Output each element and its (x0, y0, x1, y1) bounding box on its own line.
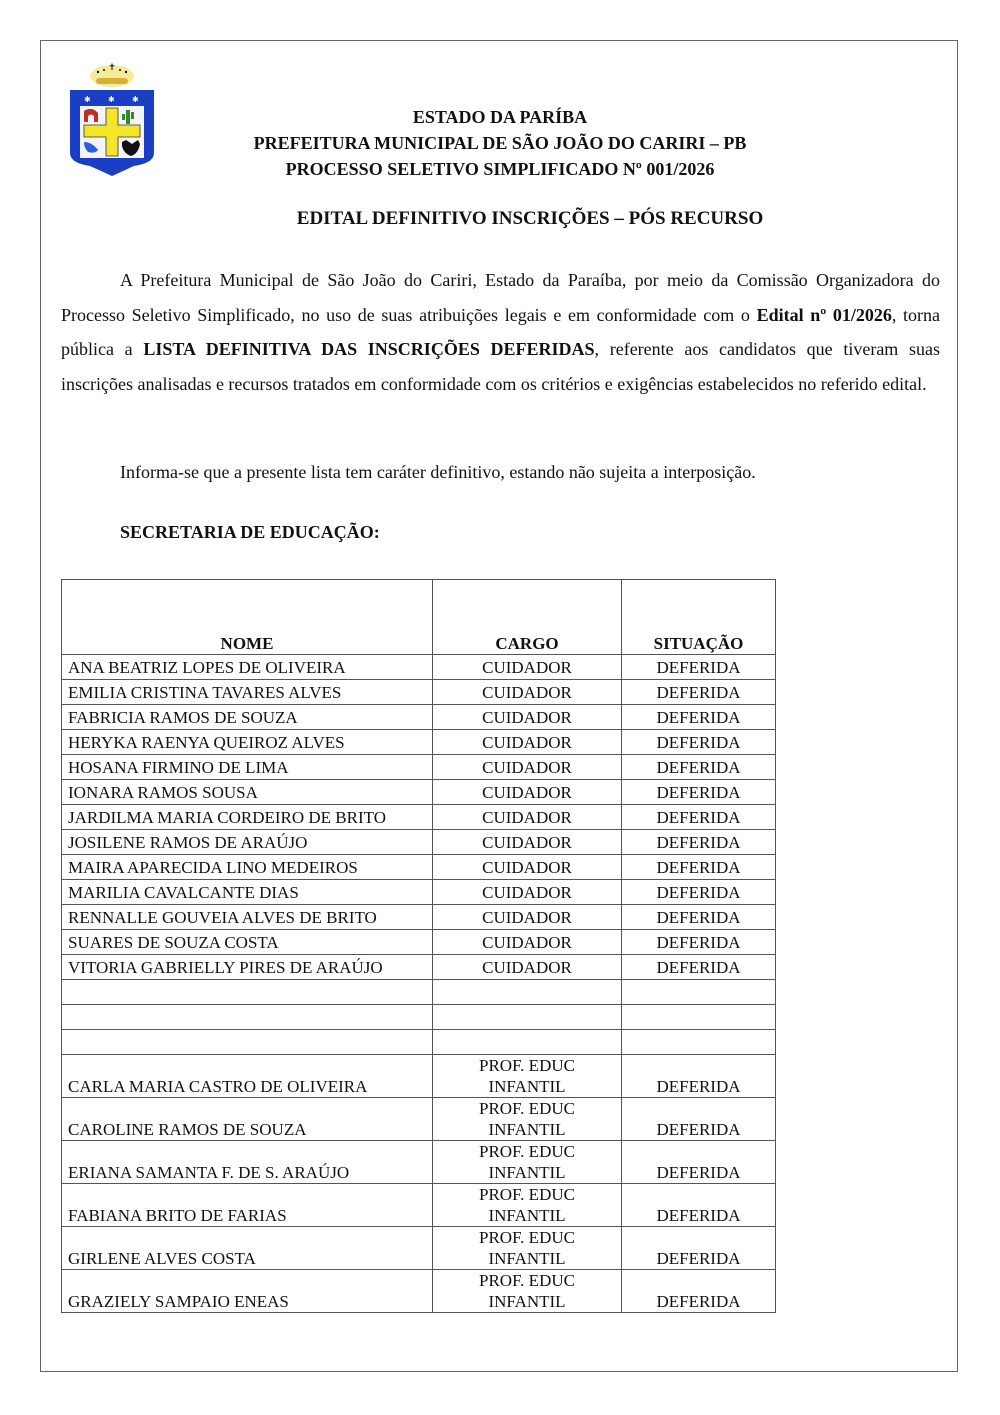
table-row (62, 1005, 776, 1030)
cell-situacao: DEFERIDA (622, 1184, 776, 1227)
cell-cargo: CUIDADOR (433, 855, 622, 880)
cell-cargo: PROF. EDUCINFANTIL (433, 1184, 622, 1227)
column-header-nome: NOME (62, 580, 433, 655)
intro-paragraph: A Prefeitura Municipal de São João do Ca… (61, 263, 940, 401)
cell-cargo: PROF. EDUCINFANTIL (433, 1227, 622, 1270)
cell-cargo: CUIDADOR (433, 880, 622, 905)
cell-situacao: DEFERIDA (622, 1098, 776, 1141)
table-row: CARLA MARIA CASTRO DE OLIVEIRAPROF. EDUC… (62, 1055, 776, 1098)
candidates-table: NOME CARGO SITUAÇÃO ANA BEATRIZ LOPES DE… (61, 579, 776, 1313)
table-row: JOSILENE RAMOS DE ARAÚJOCUIDADORDEFERIDA (62, 830, 776, 855)
cell-nome: MARILIA CAVALCANTE DIAS (62, 880, 433, 905)
cell-situacao: DEFERIDA (622, 705, 776, 730)
cell-nome (62, 1005, 433, 1030)
cell-cargo: CUIDADOR (433, 780, 622, 805)
cell-cargo: PROF. EDUCINFANTIL (433, 1141, 622, 1184)
cell-situacao: DEFERIDA (622, 855, 776, 880)
cell-cargo (433, 1005, 622, 1030)
cell-situacao: DEFERIDA (622, 1270, 776, 1313)
cell-nome: MAIRA APARECIDA LINO MEDEIROS (62, 855, 433, 880)
header-processo-seletivo: PROCESSO SELETIVO SIMPLIFICADO Nº 001/20… (0, 159, 1000, 180)
header-prefeitura: PREFEITURA MUNICIPAL DE SÃO JOÃO DO CARI… (0, 133, 1000, 154)
cell-situacao (622, 1030, 776, 1055)
cell-nome: VITORIA GABRIELLY PIRES DE ARAÚJO (62, 955, 433, 980)
table-row: IONARA RAMOS SOUSACUIDADORDEFERIDA (62, 780, 776, 805)
cell-situacao: DEFERIDA (622, 780, 776, 805)
table-row: GRAZIELY SAMPAIO ENEASPROF. EDUCINFANTIL… (62, 1270, 776, 1313)
cell-nome: CARLA MARIA CASTRO DE OLIVEIRA (62, 1055, 433, 1098)
table-row (62, 980, 776, 1005)
cell-cargo: CUIDADOR (433, 905, 622, 930)
table-row: VITORIA GABRIELLY PIRES DE ARAÚJOCUIDADO… (62, 955, 776, 980)
table-row: JARDILMA MARIA CORDEIRO DE BRITOCUIDADOR… (62, 805, 776, 830)
table-row: MAIRA APARECIDA LINO MEDEIROSCUIDADORDEF… (62, 855, 776, 880)
table-row (62, 1030, 776, 1055)
cell-situacao: DEFERIDA (622, 805, 776, 830)
cell-cargo (433, 980, 622, 1005)
intro-bold-lista: LISTA DEFINITIVA DAS INSCRIÇÕES DEFERIDA… (143, 339, 594, 359)
cell-cargo: PROF. EDUCINFANTIL (433, 1270, 622, 1313)
table-row: FABIANA BRITO DE FARIASPROF. EDUCINFANTI… (62, 1184, 776, 1227)
cell-nome: FABIANA BRITO DE FARIAS (62, 1184, 433, 1227)
cell-situacao: DEFERIDA (622, 655, 776, 680)
table-row: HERYKA RAENYA QUEIROZ ALVESCUIDADORDEFER… (62, 730, 776, 755)
cell-nome: CAROLINE RAMOS DE SOUZA (62, 1098, 433, 1141)
cell-cargo: CUIDADOR (433, 830, 622, 855)
cell-cargo: CUIDADOR (433, 930, 622, 955)
cell-nome: IONARA RAMOS SOUSA (62, 780, 433, 805)
definitive-notice: Informa-se que a presente lista tem cará… (120, 462, 756, 483)
column-header-cargo: CARGO (433, 580, 622, 655)
cell-nome: JOSILENE RAMOS DE ARAÚJO (62, 830, 433, 855)
cell-nome: SUARES DE SOUZA COSTA (62, 930, 433, 955)
cell-cargo (433, 1030, 622, 1055)
svg-text:✱: ✱ (132, 95, 139, 104)
section-title: SECRETARIA DE EDUCAÇÃO: (120, 522, 380, 543)
cell-nome: EMILIA CRISTINA TAVARES ALVES (62, 680, 433, 705)
table-row: ANA BEATRIZ LOPES DE OLIVEIRACUIDADORDEF… (62, 655, 776, 680)
table-row: CAROLINE RAMOS DE SOUZAPROF. EDUCINFANTI… (62, 1098, 776, 1141)
table-row: RENNALLE GOUVEIA ALVES DE BRITOCUIDADORD… (62, 905, 776, 930)
intro-bold-edital: Edital nº 01/2026 (757, 305, 892, 325)
table-row: GIRLENE ALVES COSTAPROF. EDUCINFANTILDEF… (62, 1227, 776, 1270)
svg-text:✱: ✱ (108, 95, 115, 104)
cell-situacao: DEFERIDA (622, 830, 776, 855)
cell-cargo: CUIDADOR (433, 755, 622, 780)
table-row: SUARES DE SOUZA COSTACUIDADORDEFERIDA (62, 930, 776, 955)
cell-situacao: DEFERIDA (622, 730, 776, 755)
cell-nome: HERYKA RAENYA QUEIROZ ALVES (62, 730, 433, 755)
cell-nome: FABRICIA RAMOS DE SOUZA (62, 705, 433, 730)
cell-situacao: DEFERIDA (622, 680, 776, 705)
cell-nome (62, 1030, 433, 1055)
cell-cargo: CUIDADOR (433, 705, 622, 730)
cell-situacao: DEFERIDA (622, 955, 776, 980)
cell-nome: ANA BEATRIZ LOPES DE OLIVEIRA (62, 655, 433, 680)
cell-cargo: CUIDADOR (433, 805, 622, 830)
table-row: EMILIA CRISTINA TAVARES ALVESCUIDADORDEF… (62, 680, 776, 705)
cell-situacao (622, 1005, 776, 1030)
table-header-row: NOME CARGO SITUAÇÃO (62, 580, 776, 655)
header-state: ESTADO DA PARÍBA (0, 107, 1000, 128)
cell-cargo: CUIDADOR (433, 680, 622, 705)
cell-cargo: CUIDADOR (433, 955, 622, 980)
cell-cargo: CUIDADOR (433, 730, 622, 755)
cell-nome: RENNALLE GOUVEIA ALVES DE BRITO (62, 905, 433, 930)
cell-nome: GIRLENE ALVES COSTA (62, 1227, 433, 1270)
cell-nome (62, 980, 433, 1005)
cell-situacao: DEFERIDA (622, 930, 776, 955)
svg-text:✱: ✱ (84, 95, 91, 104)
cell-nome: ERIANA SAMANTA F. DE S. ARAÚJO (62, 1141, 433, 1184)
table-row: HOSANA FIRMINO DE LIMACUIDADORDEFERIDA (62, 755, 776, 780)
cell-nome: HOSANA FIRMINO DE LIMA (62, 755, 433, 780)
cell-cargo: PROF. EDUCINFANTIL (433, 1055, 622, 1098)
cell-situacao: DEFERIDA (622, 1055, 776, 1098)
svg-text:✝: ✝ (108, 62, 116, 72)
cell-situacao: DEFERIDA (622, 880, 776, 905)
table-row: ERIANA SAMANTA F. DE S. ARAÚJOPROF. EDUC… (62, 1141, 776, 1184)
cell-cargo: PROF. EDUCINFANTIL (433, 1098, 622, 1141)
edital-title: EDITAL DEFINITIVO INSCRIÇÕES – PÓS RECUR… (60, 208, 1000, 230)
cell-nome: GRAZIELY SAMPAIO ENEAS (62, 1270, 433, 1313)
cell-situacao: DEFERIDA (622, 1141, 776, 1184)
cell-situacao: DEFERIDA (622, 905, 776, 930)
cell-cargo: CUIDADOR (433, 655, 622, 680)
table-row: FABRICIA RAMOS DE SOUZACUIDADORDEFERIDA (62, 705, 776, 730)
cell-situacao: DEFERIDA (622, 1227, 776, 1270)
column-header-situacao: SITUAÇÃO (622, 580, 776, 655)
cell-situacao (622, 980, 776, 1005)
table-row: MARILIA CAVALCANTE DIASCUIDADORDEFERIDA (62, 880, 776, 905)
cell-situacao: DEFERIDA (622, 755, 776, 780)
cell-nome: JARDILMA MARIA CORDEIRO DE BRITO (62, 805, 433, 830)
